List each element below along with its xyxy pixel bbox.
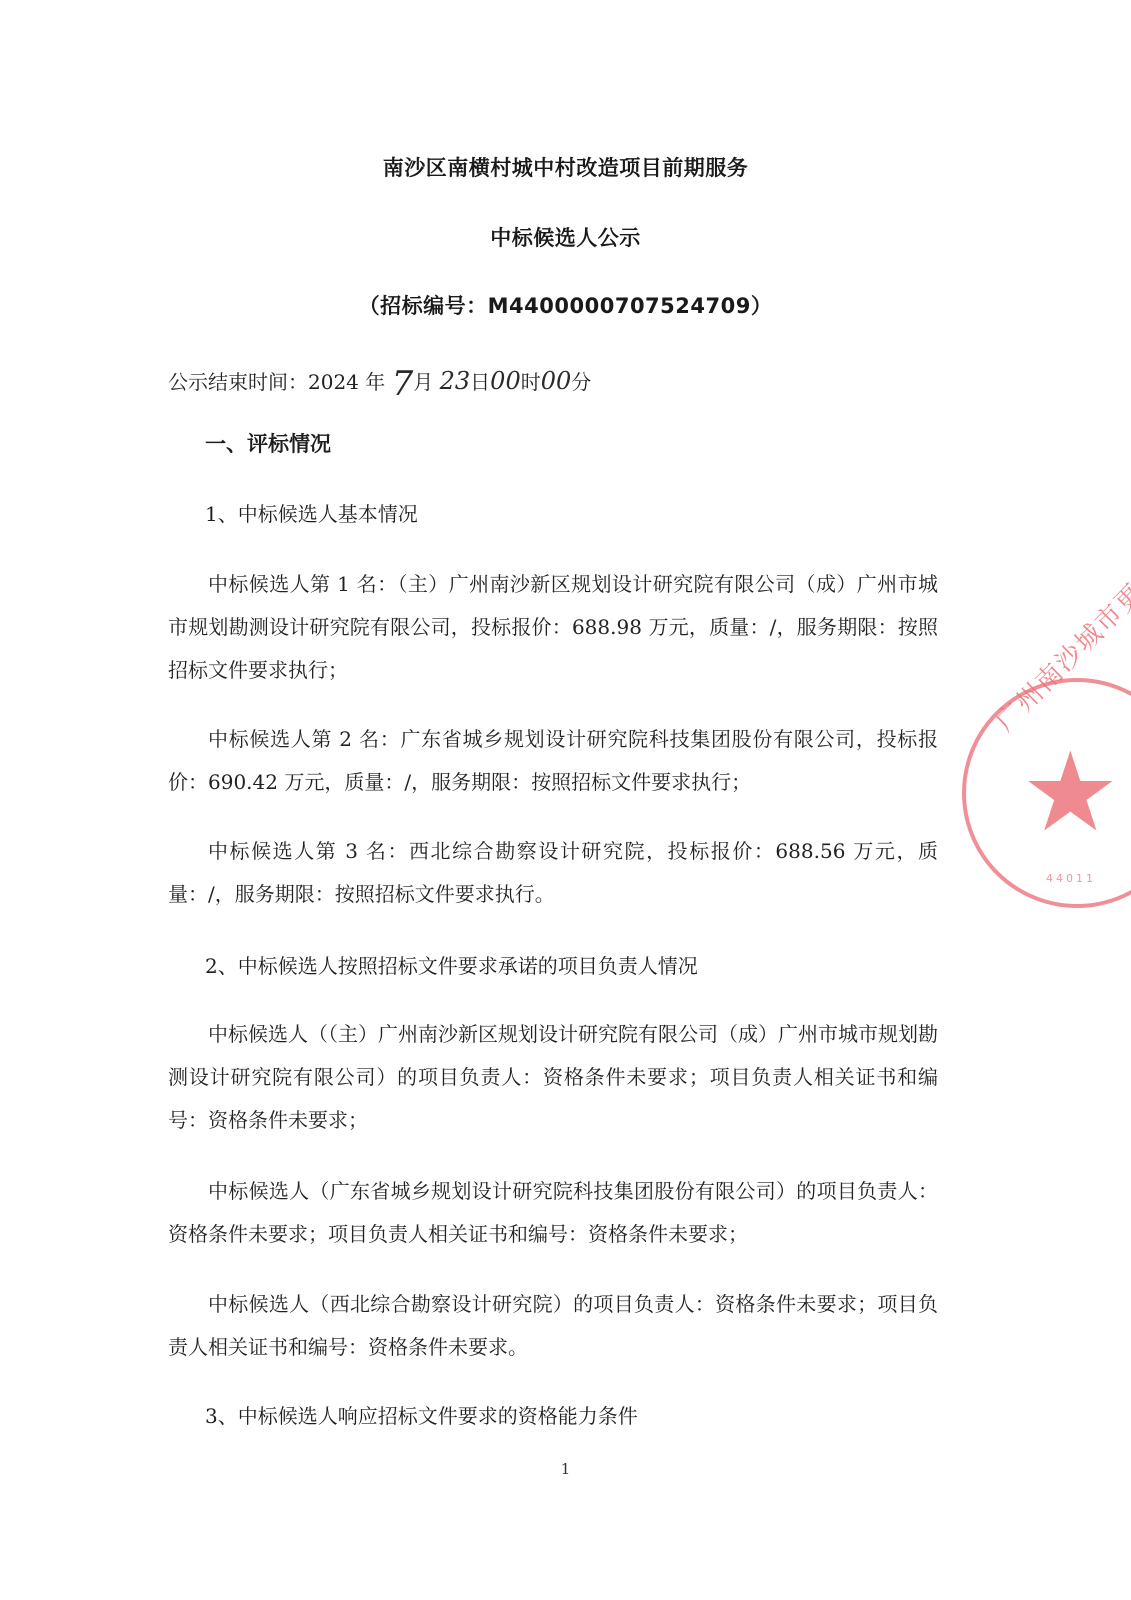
- handwritten-minute: 00: [541, 367, 572, 395]
- document-subtitle: 中标候选人公示: [0, 222, 1131, 252]
- project-leader-3-paragraph: 中标候选人（西北综合勘察设计研究院）的项目负责人：资格条件未要求；项目负责人相关…: [168, 1283, 938, 1369]
- document-title: 南沙区南横村城中村改造项目前期服务: [0, 152, 1131, 182]
- tender-number: （招标编号：M4400000707524709）: [0, 290, 1131, 320]
- page-number: 1: [0, 1460, 1131, 1478]
- day-unit: 日: [470, 370, 490, 394]
- seal-star-icon: ★: [1021, 737, 1120, 847]
- candidate-2-paragraph: 中标候选人第 2 名：广东省城乡规划设计研究院科技集团股份有限公司，投标报价：6…: [168, 718, 938, 804]
- project-leader-1-paragraph: 中标候选人（（主）广州南沙新区规划设计研究院有限公司（成）广州市城市规划勘测设计…: [168, 1013, 938, 1142]
- subsection-heading-basic-info: 1、中标候选人基本情况: [205, 498, 418, 527]
- document-page: 南沙区南横村城中村改造项目前期服务 中标候选人公示 （招标编号：M4400000…: [0, 0, 1131, 1600]
- month-unit: 月: [413, 370, 433, 394]
- candidate-3-paragraph: 中标候选人第 3 名：西北综合勘察设计研究院，投标报价：688.56 万元，质量…: [168, 830, 938, 916]
- candidate-1-paragraph: 中标候选人第 1 名：（主）广州南沙新区规划设计研究院有限公司（成）广州市城市规…: [168, 563, 938, 692]
- seal-text: 广州南沙城市更新投资: [986, 514, 1131, 738]
- minute-unit: 分: [571, 370, 591, 394]
- project-leader-2-paragraph: 中标候选人（广东省城乡规划设计研究院科技集团股份有限公司）的项目负责人：资格条件…: [168, 1170, 938, 1256]
- hour-unit: 时: [521, 370, 541, 394]
- handwritten-hour: 00: [490, 367, 521, 395]
- publicity-end-time: 公示结束时间：2024 年 7月 23日00时00分: [168, 358, 591, 398]
- handwritten-month: 7: [392, 364, 414, 404]
- subsection-heading-qualification: 3、中标候选人响应招标文件要求的资格能力条件: [205, 1400, 638, 1429]
- official-seal-stamp: 广州南沙城市更新投资 ★ 44011: [962, 678, 1131, 908]
- seal-code: 44011: [1046, 872, 1096, 885]
- subsection-heading-project-leader: 2、中标候选人按照招标文件要求承诺的项目负责人情况: [205, 950, 698, 979]
- section-heading-evaluation: 一、评标情况: [205, 428, 331, 458]
- end-time-label: 公示结束时间：2024 年: [168, 370, 385, 394]
- handwritten-day: 23: [440, 367, 471, 395]
